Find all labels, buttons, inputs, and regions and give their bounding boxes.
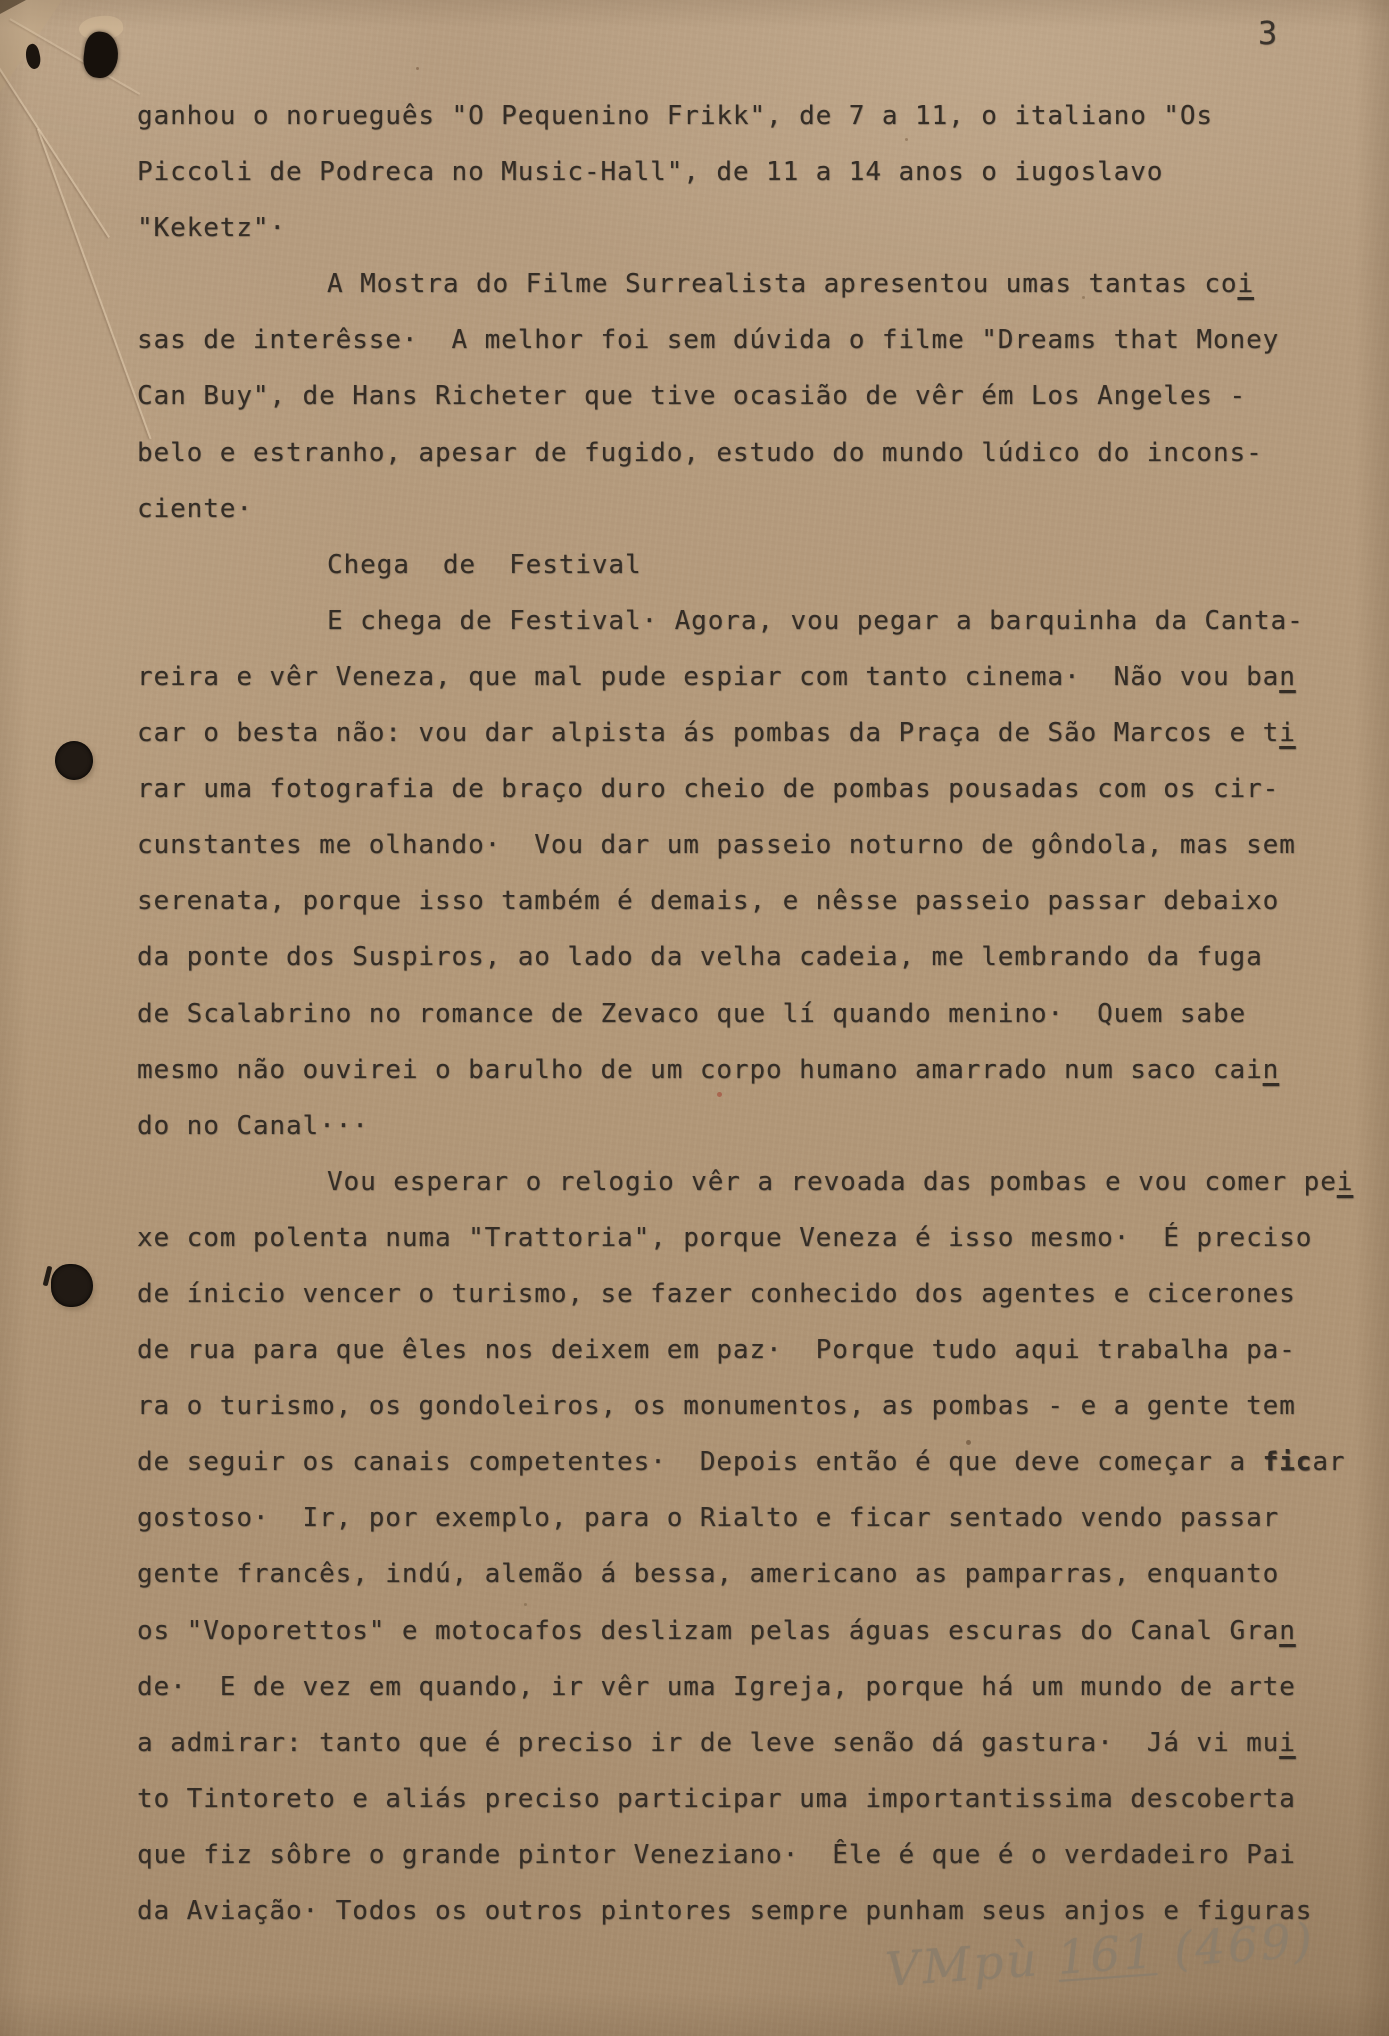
typed-segment: serenata, porque isso também é demais, e… [137,886,1279,916]
typed-segment: da Aviação· Todos os outros pintores sem… [137,1896,1312,1926]
typed-line: que fiz sôbre o grande pintor Veneziano·… [137,1827,1377,1883]
typed-segment: fic [1263,1447,1313,1477]
typed-line: de rua para que êles nos deixem em paz· … [137,1322,1377,1378]
typed-line: gente francês, indú, alemão á bessa, ame… [137,1546,1377,1602]
typed-segment: i [1337,1167,1354,1197]
typed-segment: sas de interêsse· A melhor foi sem dúvid… [137,325,1279,355]
hole-punch-top [55,741,93,780]
typed-line: de Scalabrino no romance de Zevaco que l… [137,986,1377,1042]
annotation-number: 161 [1056,1924,1158,1986]
typed-segment: i [1279,1728,1296,1758]
typed-line: E chega de Festival· Agora, vou pegar a … [137,593,1377,649]
annotation-prefix: VMpù [884,1932,1042,1998]
typed-segment: E chega de Festival· Agora, vou pegar a … [327,606,1304,636]
typed-manuscript-page: 3 ganhou o norueguês "O Pequenino Frikk"… [0,0,1389,2036]
typed-line: ra o turismo, os gondoleiros, os monumen… [137,1378,1377,1434]
typed-segment: a admirar: tanto que é preciso ir de lev… [137,1728,1279,1758]
typed-segment: ar [1312,1447,1345,1477]
typed-segment: rar uma fotografia de braço duro cheio d… [137,774,1279,804]
typed-segment: A Mostra do Filme Surrealista apresentou… [327,269,1237,299]
typed-line: Vou esperar o relogio vêr a revoada das … [137,1154,1377,1210]
paper-specks [0,0,3,3]
typed-segment: ciente· [137,494,253,524]
typed-text-block: ganhou o norueguês "O Pequenino Frikk", … [137,88,1377,1939]
torn-hole [81,30,120,80]
crease-line [37,128,151,439]
typed-line: os "Voporettos" e motocafos deslizam pel… [137,1603,1377,1659]
typed-segment: os "Voporettos" e motocafos deslizam pel… [137,1616,1279,1646]
typed-segment: n [1263,1055,1280,1085]
typed-segment: ganhou o norueguês "O Pequenino Frikk", … [137,101,1213,131]
typed-segment: Piccoli de Podreca no Music-Hall", de 11… [137,157,1163,187]
typed-segment: cunstantes me olhando· Vou dar um passei… [137,830,1296,860]
typed-segment: reira e vêr Veneza, que mal pude espiar … [137,662,1279,692]
typed-line: "Keketz"· [137,200,1377,256]
typed-segment: do no Canal··· [137,1111,369,1141]
typed-segment: xe com polenta numa "Trattoria", porque … [137,1223,1312,1253]
typed-segment: ra o turismo, os gondoleiros, os monumen… [137,1391,1296,1421]
typed-line: ganhou o norueguês "O Pequenino Frikk", … [137,88,1377,144]
typed-line: do no Canal··· [137,1098,1377,1154]
typed-segment: to Tintoreto e aliás preciso participar … [137,1784,1296,1814]
typed-line: to Tintoreto e aliás preciso participar … [137,1771,1377,1827]
typed-segment: i [1279,718,1296,748]
typed-line: rar uma fotografia de braço duro cheio d… [137,761,1377,817]
typed-segment: Can Buy", de Hans Richeter que tive ocas… [137,381,1246,411]
typed-segment: de ínicio vencer o turismo, se fazer con… [137,1279,1296,1309]
typed-line: Can Buy", de Hans Richeter que tive ocas… [137,368,1377,424]
typed-line: xe com polenta numa "Trattoria", porque … [137,1210,1377,1266]
typed-line: Piccoli de Podreca no Music-Hall", de 11… [137,144,1377,200]
typed-line: de ínicio vencer o turismo, se fazer con… [137,1266,1377,1322]
typed-line: ciente· [137,481,1377,537]
typed-segment: car o besta não: vou dar alpista ás pomb… [137,718,1279,748]
typed-line: sas de interêsse· A melhor foi sem dúvid… [137,312,1377,368]
typed-line: serenata, porque isso também é demais, e… [137,873,1377,929]
hole-punch-bottom [51,1264,93,1307]
typed-segment: gente francês, indú, alemão á bessa, ame… [137,1559,1279,1589]
typed-segment: gostoso· Ir, por exemplo, para o Rialto … [137,1503,1279,1533]
page-number: 3 [1258,14,1278,52]
typed-line: car o besta não: vou dar alpista ás pomb… [137,705,1377,761]
crease-line [0,56,110,237]
typed-segment: i [1237,269,1254,299]
typed-line: de seguir os canais competentes· Depois … [137,1434,1377,1490]
typed-segment: que fiz sôbre o grande pintor Veneziano·… [137,1840,1296,1870]
typed-segment: "Keketz"· [137,213,286,243]
typed-line: cunstantes me olhando· Vou dar um passei… [137,817,1377,873]
typed-segment: Vou esperar o relogio vêr a revoada das … [327,1167,1337,1197]
typed-segment: da ponte dos Suspiros, ao lado da velha … [137,942,1263,972]
typed-line: A Mostra do Filme Surrealista apresentou… [137,256,1377,312]
annotation-suffix: (469) [1154,1913,1317,1979]
typed-line: de· E de vez em quando, ir vêr uma Igrej… [137,1659,1377,1715]
typed-segment: de rua para que êles nos deixem em paz· … [137,1335,1296,1365]
typed-line: belo e estranho, apesar de fugido, estud… [137,425,1377,481]
typed-segment: mesmo não ouvirei o barulho de um corpo … [137,1055,1263,1085]
ink-blot [23,43,43,71]
typed-segment: n [1279,1616,1296,1646]
typed-segment: de Scalabrino no romance de Zevaco que l… [137,999,1246,1029]
typed-segment: de· E de vez em quando, ir vêr uma Igrej… [137,1672,1296,1702]
typed-segment: de seguir os canais competentes· Depois … [137,1447,1263,1477]
typed-line: a admirar: tanto que é preciso ir de lev… [137,1715,1377,1771]
typed-line: reira e vêr Veneza, que mal pude espiar … [137,649,1377,705]
typed-segment: belo e estranho, apesar de fugido, estud… [137,438,1263,468]
typed-line: da ponte dos Suspiros, ao lado da velha … [137,929,1377,985]
typed-segment: n [1279,662,1296,692]
typed-line: gostoso· Ir, por exemplo, para o Rialto … [137,1490,1377,1546]
typed-line: mesmo não ouvirei o barulho de um corpo … [137,1042,1377,1098]
typed-line: Chega de Festival [137,537,1377,593]
typed-segment: Chega de Festival [327,550,642,580]
